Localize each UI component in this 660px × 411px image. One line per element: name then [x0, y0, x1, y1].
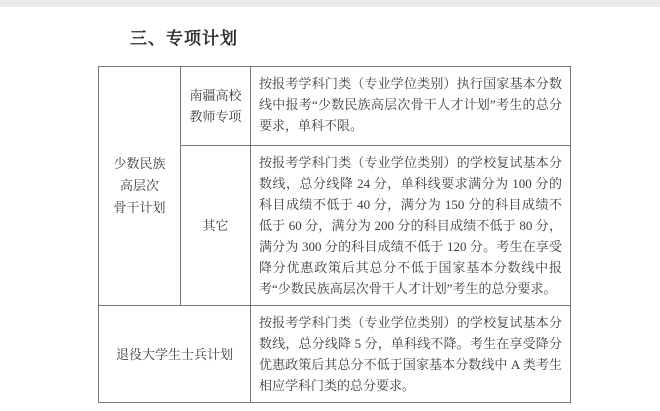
- cell-nanjiang-content: 按报考学科门类（专业学位类别）执行国家基本分数线中报考“少数民族高层次骨干人才计…: [251, 67, 571, 146]
- cell-minority-group-label: 少数民族 高层次 骨干计划: [99, 67, 181, 306]
- table-row: 退役大学生士兵计划 按报考学科门类（专业学位类别）的学校复试基本分数线，总分线降…: [99, 306, 571, 403]
- section-title: 三、专项计划: [130, 24, 238, 49]
- cell-other-content: 按报考学科门类（专业学位类别）的学校复试基本分数线，总分线降 24 分，单科线要…: [251, 146, 571, 306]
- cell-veteran-label: 退役大学生士兵计划: [99, 306, 251, 403]
- cell-veteran-content: 按报考学科门类（专业学位类别）的学校复试基本分数线，总分线降 5 分，单科线不降…: [251, 306, 571, 403]
- special-plan-table: 少数民族 高层次 骨干计划 南疆高校 教师专项 按报考学科门类（专业学位类别）执…: [98, 66, 571, 403]
- cell-other-label: 其它: [181, 146, 251, 306]
- cell-nanjiang-label: 南疆高校 教师专项: [181, 67, 251, 146]
- table-row: 少数民族 高层次 骨干计划 南疆高校 教师专项 按报考学科门类（专业学位类别）执…: [99, 67, 571, 146]
- document-page: 三、专项计划 少数民族 高层次 骨干计划 南疆高校 教师专项 按报考学科门类（专…: [0, 0, 660, 411]
- scan-edge-artifact: [0, 0, 660, 7]
